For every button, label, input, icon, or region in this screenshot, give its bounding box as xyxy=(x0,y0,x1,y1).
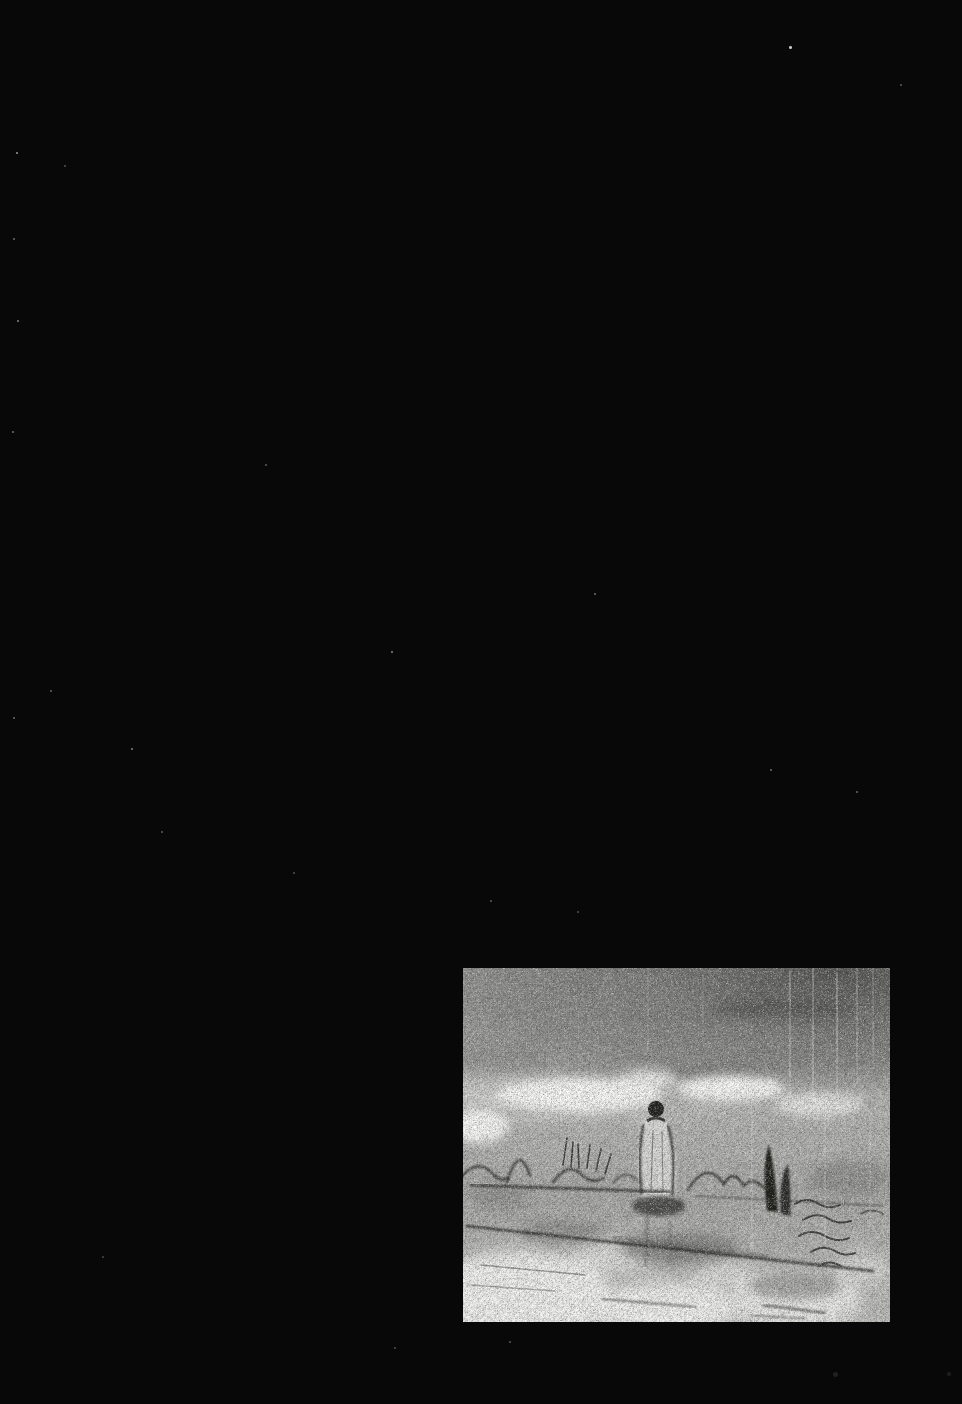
illustration-panel xyxy=(463,968,890,1322)
dust-speck xyxy=(789,46,792,49)
dust-speck xyxy=(161,831,163,833)
halftone-grain xyxy=(463,968,890,1322)
rain-scene-illustration xyxy=(463,968,890,1322)
dust-speck xyxy=(594,593,596,595)
manga-page xyxy=(0,0,962,1404)
dust-speck xyxy=(131,748,133,750)
dust-speck xyxy=(856,791,858,793)
dust-speck xyxy=(13,238,15,240)
dust-speck xyxy=(265,464,267,466)
dust-speck xyxy=(770,769,772,771)
dust-speck xyxy=(16,152,18,154)
dust-speck xyxy=(900,84,902,86)
dust-speck xyxy=(13,717,15,719)
dust-speck xyxy=(947,1372,951,1376)
dust-speck xyxy=(102,1256,104,1258)
dust-speck xyxy=(293,872,295,874)
dust-speck xyxy=(12,431,14,433)
dust-speck xyxy=(391,651,393,653)
dust-speck xyxy=(490,900,492,902)
dust-speck xyxy=(833,1372,838,1377)
dust-speck xyxy=(17,320,19,322)
dust-speck xyxy=(394,1347,396,1349)
dust-speck xyxy=(509,1341,511,1343)
dust-speck xyxy=(50,690,52,692)
dust-speck xyxy=(64,165,66,167)
dust-speck xyxy=(577,911,579,913)
